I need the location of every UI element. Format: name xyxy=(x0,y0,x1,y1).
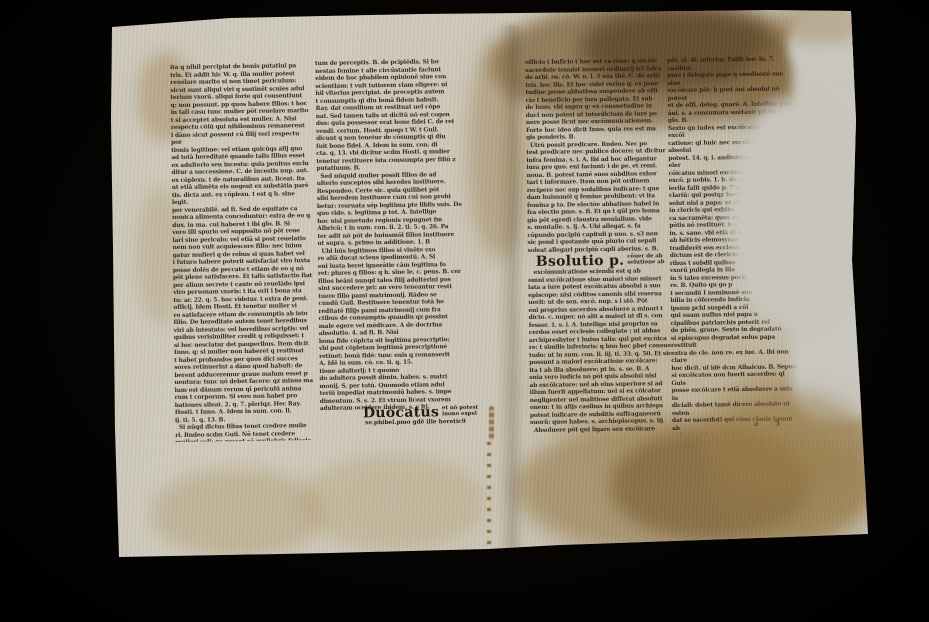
manuscript-leaf: ita q nihil percipiat de bonis putatiui … xyxy=(0,0,929,622)
gutter-ink-spot-trail xyxy=(489,406,494,440)
duocatus-heading: Duocatus xyxy=(363,405,439,420)
stain-over-bottom-right xyxy=(705,392,880,542)
column-3-lower-text: excōmunicatione sciendū est q ab omni ex… xyxy=(528,267,673,435)
left-page-column-2: tum de perceptis. B. de pcipiēdis. Si ho… xyxy=(315,58,481,412)
column-3-upper-text: officio t bnficio t hoc est ca rōne: q e… xyxy=(525,57,671,254)
absolutio-heading: Bsolutio p. xyxy=(536,254,625,269)
right-page-column-3: officio t bnficio t hoc est ca rōne: q e… xyxy=(525,57,673,435)
photo-slide: { "artifact": { "kind": "incunabulum-lea… xyxy=(0,0,929,622)
fold-droplet-spots xyxy=(487,442,491,548)
absolutio-side-lines: cōuer de ab solutione ab xyxy=(627,253,664,266)
washed-out-area-bulge xyxy=(726,98,856,326)
left-page-column-1: ita q nihil percipiat de bonis putatiui … xyxy=(170,62,315,442)
duocatus-side-lines: et nō potest immo expel xyxy=(442,405,478,418)
